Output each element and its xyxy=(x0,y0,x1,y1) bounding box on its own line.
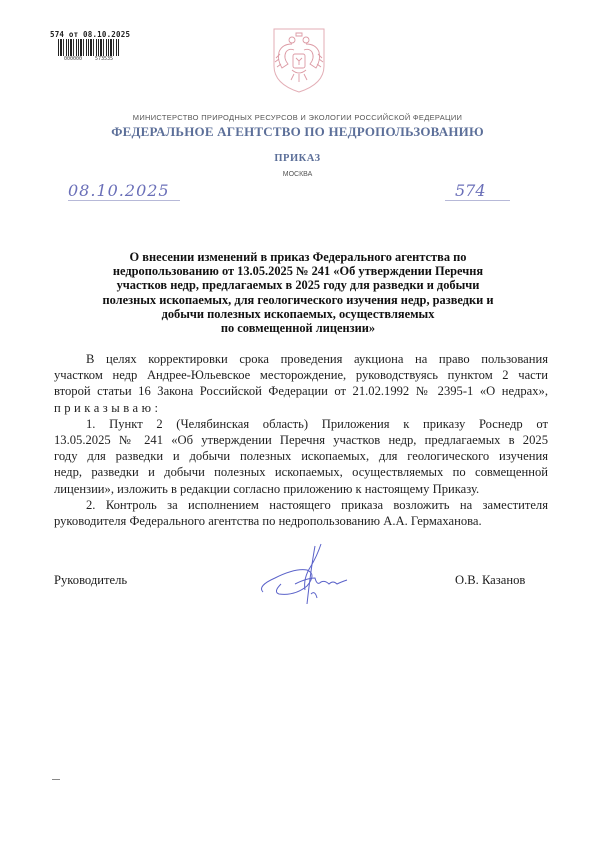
heading-line: недропользованию от 13.05.2025 № 241 «Об… xyxy=(62,264,534,278)
footer-mark xyxy=(52,779,60,780)
agency-name: ФЕДЕРАЛЬНОЕ АГЕНТСТВО ПО НЕДРОПОЛЬЗОВАНИ… xyxy=(0,124,595,140)
heading-line: добычи полезных ископаемых, осуществляем… xyxy=(62,307,534,321)
item-1-line: году для разведки и добычи полезных иско… xyxy=(54,448,548,464)
heading-line: полезных ископаемых, для геологического … xyxy=(62,293,534,307)
item-1-paragraph: 1. Пункт 2 (Челябинская область) Приложе… xyxy=(54,416,548,497)
document-type: ПРИКАЗ xyxy=(0,153,595,164)
heading-line: по совмещенной лицензии» xyxy=(62,321,534,335)
item-1-line: лицензии», изложить в редакции согласно … xyxy=(54,481,548,497)
item-2-line: руководителя Федерального агентства по н… xyxy=(54,513,548,529)
item-1-line: 13.05.2025 № 241 «Об утверждении Перечня… xyxy=(54,432,548,448)
preamble-line: второй статьи 16 Закона Российской Федер… xyxy=(54,383,548,399)
preamble-line: участком недр Андрее-Юльевское месторожд… xyxy=(54,367,548,383)
prikazyvayu-text: приказываю: xyxy=(54,400,548,416)
barcode xyxy=(58,39,120,56)
item-1-line: 1. Пункт 2 (Челябинская область) Приложе… xyxy=(54,416,548,432)
signer-title: Руководитель xyxy=(54,573,127,588)
item-1-line: недр, разведки и добычи полезных ископае… xyxy=(54,464,548,480)
signature-icon xyxy=(255,540,365,608)
heading-line: О внесении изменений в приказ Федерально… xyxy=(62,250,534,264)
preamble-paragraph: В целях корректировки срока проведения а… xyxy=(54,351,548,416)
order-date: 08.10.2025 xyxy=(68,181,180,201)
order-body: В целях корректировки срока проведения а… xyxy=(54,351,548,529)
coat-of-arms-icon xyxy=(270,26,328,94)
item-2-line: 2. Контроль за исполнением настоящего пр… xyxy=(54,497,548,513)
item-2-paragraph: 2. Контроль за исполнением настоящего пр… xyxy=(54,497,548,529)
registration-stamp: 574 от 08.10.2025 xyxy=(50,30,130,39)
city: МОСКВА xyxy=(0,171,595,178)
barcode-number-right: 573535 xyxy=(95,56,113,62)
signer-name: О.В. Казанов xyxy=(455,573,525,588)
heading-line: участков недр, предлагаемых в 2025 году … xyxy=(62,278,534,292)
ministry-name: МИНИСТЕРСТВО ПРИРОДНЫХ РЕСУРСОВ И ЭКОЛОГ… xyxy=(0,113,595,122)
preamble-line: В целях корректировки срока проведения а… xyxy=(54,351,548,367)
order-heading: О внесении изменений в приказ Федерально… xyxy=(62,250,534,335)
order-number: 574 xyxy=(445,181,510,201)
barcode-number-left: 000000 xyxy=(64,56,82,62)
